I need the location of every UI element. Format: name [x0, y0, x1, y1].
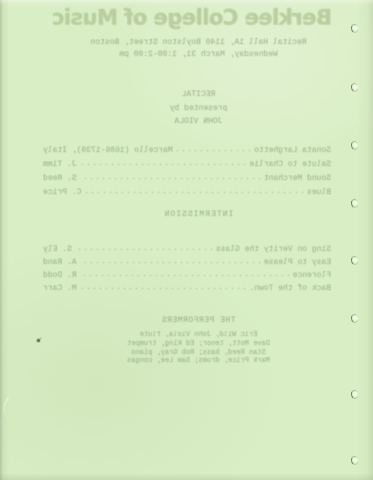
piece-composer: M. Carr: [43, 284, 77, 293]
program-row: Sound Merchant S. Reed: [43, 172, 331, 186]
performer-line: Mark Price, drums; Sam Lee, congas: [24, 357, 373, 366]
dot-leader: [81, 269, 289, 277]
performer-line: Stan Reed, bass; Rob Gray, piano: [24, 349, 373, 358]
binding-hole-icon: [350, 23, 359, 33]
dot-leader: [85, 186, 303, 194]
program-row: Blues C. Price: [43, 186, 331, 200]
program-part-2: Sing on Verity the Glass S. Ely Easy to …: [43, 243, 331, 295]
performer-line: Dave Mott, tenor; Ed King, trumpet: [24, 340, 373, 349]
recital-heading-block: RECITAL presented by JOHN VIOLA: [24, 88, 373, 129]
piece-title: Sound Merchant: [264, 174, 331, 183]
dot-leader: [177, 144, 251, 152]
program-row: Sing on Verity the Glass S. Ely: [43, 243, 331, 256]
performers-heading: THE PERFORMERS: [24, 316, 373, 325]
performers-list: Eric Wild, John Viola, flute Dave Mott, …: [24, 331, 373, 366]
piece-title: Easy to Please: [264, 258, 331, 267]
piece-title: Blues: [307, 188, 331, 197]
dot-leader: [81, 172, 260, 180]
scanned-page: Berklee College of Music Recital Hall 1A…: [0, 0, 373, 480]
venue-block: Recital Hall 1A, 1140 Boylston Street, B…: [24, 37, 373, 61]
piece-composer: S. Ely: [43, 245, 72, 254]
piece-title: Back of the Town.: [249, 284, 331, 293]
piece-composer: C. Price: [43, 188, 81, 197]
ink-speck: [36, 338, 41, 343]
venue-line-2: Wednesday, March 31, 1:00-2:00 pm: [24, 49, 373, 61]
venue-line-1: Recital Hall 1A, 1140 Boylston Street, B…: [24, 37, 373, 49]
bleedthrough-layer: Berklee College of Music Recital Hall 1A…: [0, 0, 373, 480]
program-row: Sonata Larghetto Marcello (1686-1739), I…: [43, 144, 331, 158]
dot-leader: [81, 256, 260, 264]
recital-performer-name: JOHN VIOLA: [24, 115, 373, 129]
recital-presented-by: presented by: [24, 102, 373, 116]
binding-hole-icon: [350, 140, 359, 150]
binding-hole-icon: [350, 82, 359, 92]
binding-hole-icon: [350, 455, 359, 465]
piece-composer: J. Timm: [43, 160, 77, 169]
program-row: Salute to Charlie J. Timm: [43, 158, 331, 172]
binding-hole-icon: [350, 313, 359, 323]
piece-title: Florence: [293, 271, 331, 280]
piece-title: Sing on Verity the Glass: [216, 245, 331, 254]
dot-leader: [81, 158, 246, 166]
piece-title: Sonata Larghetto: [254, 146, 331, 155]
masthead-title: Berklee College of Music: [10, 6, 373, 30]
program-part-1: Sonata Larghetto Marcello (1686-1739), I…: [43, 144, 331, 200]
binding-hole-icon: [350, 198, 359, 208]
program-row: Florence R. Dodd: [43, 269, 331, 282]
binding-hole-icon: [350, 389, 359, 399]
piece-composer: A. Rand: [43, 258, 77, 267]
program-row: Back of the Town. M. Carr: [43, 282, 331, 295]
piece-composer: S. Reed: [43, 174, 77, 183]
intermission-label: INTERMISSION: [24, 210, 373, 219]
binding-hole-icon: [350, 255, 359, 265]
recital-title: RECITAL: [24, 88, 373, 102]
program-row: Easy to Please A. Rand: [43, 256, 331, 269]
dot-leader: [76, 243, 212, 251]
piece-composer: Marcello (1686-1739), Italy: [43, 146, 173, 155]
dot-leader: [81, 282, 246, 290]
piece-title: Salute to Charlie: [249, 160, 331, 169]
paper-scratch: [0, 396, 22, 422]
piece-composer: R. Dodd: [43, 271, 77, 280]
performer-line: Eric Wild, John Viola, flute: [24, 331, 373, 340]
